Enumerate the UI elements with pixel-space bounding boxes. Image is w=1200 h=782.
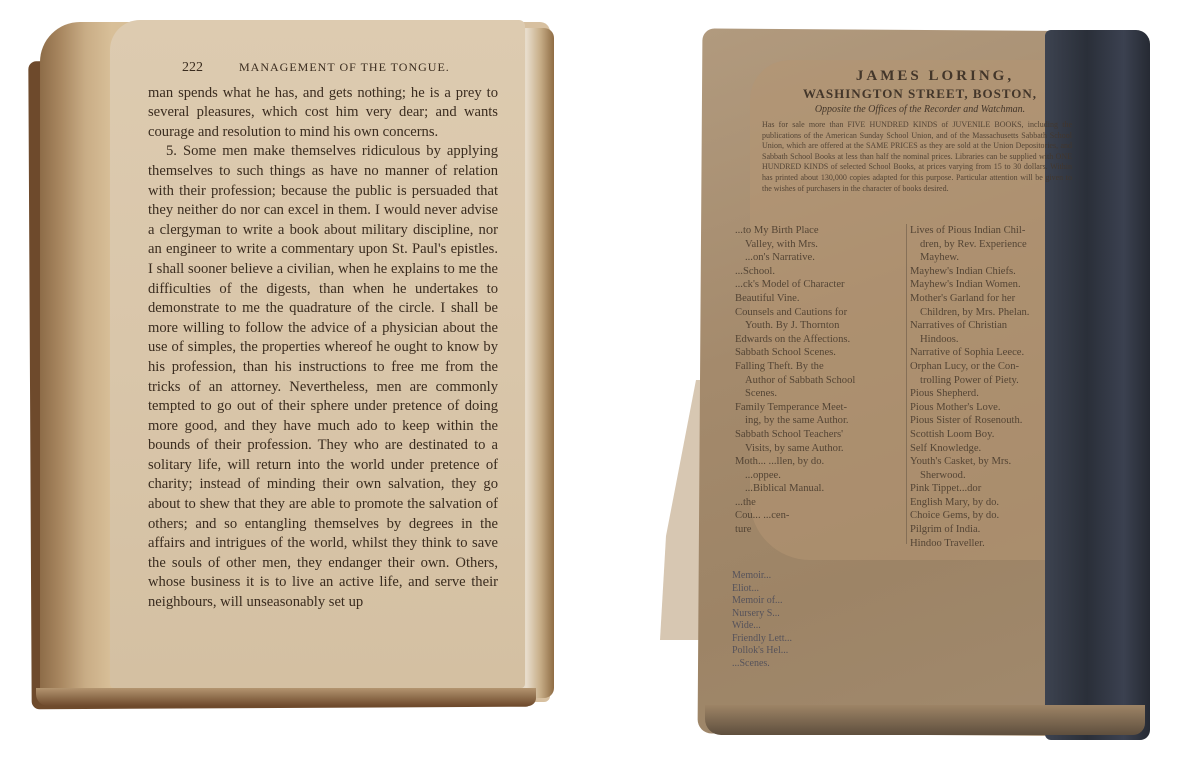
book-list-item: Orphan Lucy, or the Con-: [910, 360, 1080, 374]
book-list-item: ...oppee.: [735, 469, 903, 483]
book-list-item: Wide...: [732, 620, 792, 633]
book-list-item: ...Scenes.: [732, 658, 792, 671]
book-list-fragment: Memoir...Eliot...Memoir of...Nursery S..…: [732, 570, 792, 670]
book-list-item: Narratives of Christian: [910, 319, 1080, 333]
book-list-item: Cou... ...cen-: [735, 509, 903, 523]
book-list-item: Valley, with Mrs.: [735, 238, 903, 252]
book-list-item: Hindoo Traveller.: [910, 537, 1080, 551]
column-divider: [906, 224, 907, 544]
book-list-item: ture: [735, 523, 903, 537]
book-list-item: Self Knowledge.: [910, 442, 1080, 456]
running-head-title: MANAGEMENT OF THE TONGUE.: [239, 58, 450, 78]
book-list-item: trolling Power of Piety.: [910, 374, 1080, 388]
book-list-item: Pious Mother's Love.: [910, 401, 1080, 415]
book-list-item: Edwards on the Affections.: [735, 333, 903, 347]
right-book-bottom-edge: [705, 705, 1145, 735]
label-title: JAMES LORING,: [790, 68, 1080, 85]
book-list-item: ...to My Birth Place: [735, 224, 903, 238]
book-list-item: Moth... ...llen, by do.: [735, 455, 903, 469]
book-list-item: Scottish Loom Boy.: [910, 428, 1080, 442]
book-list-item: ...the: [735, 496, 903, 510]
book-list-item: Youth's Casket, by Mrs.: [910, 455, 1080, 469]
book-list-item: dren, by Rev. Experience: [910, 238, 1080, 252]
book-list-item: Pilgrim of India.: [910, 523, 1080, 537]
book-list-item: Narrative of Sophia Leece.: [910, 346, 1080, 360]
paragraph: 5. Some men make themselves ridiculous b…: [148, 142, 498, 612]
book-list-item: Lives of Pious Indian Chil-: [910, 224, 1080, 238]
book-list-item: Family Temperance Meet-: [735, 401, 903, 415]
label-subtitle: Opposite the Offices of the Recorder and…: [770, 104, 1070, 115]
book-list-item: Pink Tippet...dor: [910, 482, 1080, 496]
book-list-item: Beautiful Vine.: [735, 292, 903, 306]
book-list-left: ...to My Birth PlaceValley, with Mrs....…: [735, 224, 903, 537]
book-list-item: Mayhew's Indian Women.: [910, 278, 1080, 292]
book-list-item: ...Biblical Manual.: [735, 482, 903, 496]
left-book-bottom-edge: [36, 688, 536, 706]
book-list-item: ...ck's Model of Character: [735, 278, 903, 292]
book-list-item: Visits, by same Author.: [735, 442, 903, 456]
book-list-item: Hindoos.: [910, 333, 1080, 347]
book-list-item: Pious Sister of Rosenouth.: [910, 414, 1080, 428]
book-list-item: Sabbath School Scenes.: [735, 346, 903, 360]
book-list-item: Sabbath School Teachers': [735, 428, 903, 442]
book-list-item: ...on's Narrative.: [735, 251, 903, 265]
book-list-item: Children, by Mrs. Phelan.: [910, 306, 1080, 320]
book-list-item: Author of Sabbath School: [735, 374, 903, 388]
book-list-right: Lives of Pious Indian Chil-dren, by Rev.…: [910, 224, 1080, 550]
book-list-item: Youth. By J. Thornton: [735, 319, 903, 333]
book-list-item: Memoir...: [732, 570, 792, 583]
paragraph: man spends what he has, and gets nothing…: [148, 84, 498, 143]
book-list-item: Falling Theft. By the: [735, 360, 903, 374]
book-list-item: Choice Gems, by do.: [910, 509, 1080, 523]
book-list-item: Mayhew's Indian Chiefs.: [910, 265, 1080, 279]
book-list-item: Nursery S...: [732, 608, 792, 621]
book-list-item: Pollok's Hel...: [732, 645, 792, 658]
book-list-item: Eliot...: [732, 583, 792, 596]
book-list-item: Mother's Garland for her: [910, 292, 1080, 306]
book-list-item: Mayhew.: [910, 251, 1080, 265]
book-list-item: Scenes.: [735, 387, 903, 401]
book-list-item: English Mary, by do.: [910, 496, 1080, 510]
label-blurb: Has for sale more than FIVE HUNDRED KIND…: [762, 120, 1072, 194]
book-list-item: ...School.: [735, 265, 903, 279]
book-list-item: Memoir of...: [732, 595, 792, 608]
book-list-item: Counsels and Cautions for: [735, 306, 903, 320]
book-list-item: ing, by the same Author.: [735, 414, 903, 428]
label-address: WASHINGTON STREET, BOSTON,: [770, 86, 1070, 102]
book-list-item: Sherwood.: [910, 469, 1080, 483]
book-list-item: Pious Shepherd.: [910, 387, 1080, 401]
page-number: 222: [182, 58, 203, 78]
book-list-item: Friendly Lett...: [732, 633, 792, 646]
left-book-text: 222 MANAGEMENT OF THE TONGUE. man spends…: [148, 58, 498, 613]
running-header: 222 MANAGEMENT OF THE TONGUE.: [182, 58, 498, 78]
